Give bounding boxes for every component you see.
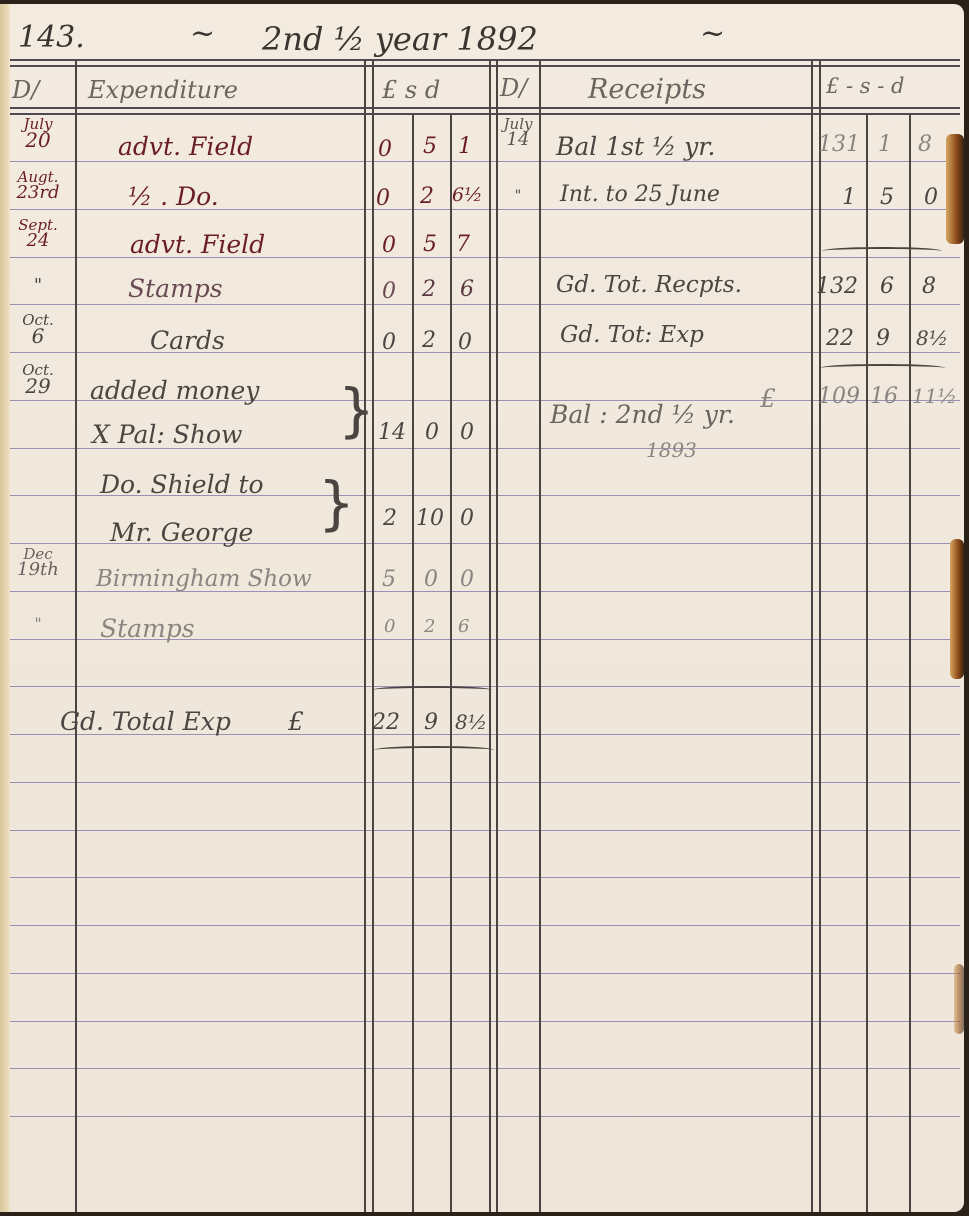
amount-pounds: 0 [382, 330, 396, 355]
ruled-line [10, 686, 960, 687]
amount-pence: 6 [460, 277, 474, 302]
header-top-rule-2 [10, 65, 960, 67]
receipt-shillings: 9 [876, 326, 890, 351]
date-day: " [8, 278, 68, 294]
header-top-rule [10, 59, 960, 61]
amount-pence: 0 [460, 567, 474, 592]
amount-pounds: 2 [383, 506, 397, 531]
expenditure-description: added money [90, 376, 259, 405]
amount-pence: 0 [458, 330, 472, 355]
amount-shillings: 0 [424, 567, 438, 592]
ledger-page: 143. ~ 2nd ½ year 1892 ~ D/ Expenditure … [0, 4, 964, 1212]
receipt-description: Int. to 25 June [560, 182, 720, 207]
expenditure-description-line2: Mr. George [110, 518, 253, 547]
amount-pence: 7 [456, 232, 470, 257]
balance-rule [820, 364, 945, 372]
receipt-description: Bal 1st ½ yr. [556, 132, 715, 161]
ruled-line [10, 830, 960, 831]
receipts-date-column-line [539, 60, 541, 1212]
total-pence: 8½ [455, 710, 487, 734]
entry-date: Dec 19th [8, 546, 68, 578]
receipt-pence: 8 [918, 132, 932, 157]
ledger-center-line-2 [496, 60, 498, 1212]
amount-shillings: 5 [423, 232, 437, 257]
receipt-pounds: 1 [842, 185, 856, 210]
expenditure-amount-left-line-2 [372, 60, 374, 1212]
brace-icon: } [318, 469, 355, 537]
receipt-pence: 0 [924, 185, 938, 210]
expenditure-description: Cards [150, 326, 225, 355]
page-heading: 2nd ½ year 1892 [262, 20, 538, 58]
rust-stain [950, 539, 964, 679]
ruled-line [10, 304, 960, 305]
expenditure-amount-left-line [364, 60, 366, 1212]
receipts-amount-left-line [811, 60, 813, 1212]
expenditure-description: advt. Field [118, 132, 253, 161]
header-bottom-rule [10, 107, 960, 109]
balance-currency: £ [760, 384, 776, 413]
ledger-center-line [489, 60, 491, 1212]
amount-pence: 6½ [452, 184, 483, 206]
receipt-pounds: 131 [818, 132, 860, 157]
date-day: 6 [8, 328, 68, 344]
receipts-pence-line [909, 114, 911, 1212]
amount-pounds: 5 [382, 567, 396, 592]
expenditure-description-line2: X Pal: Show [92, 420, 242, 449]
ruled-line [10, 1116, 960, 1117]
amount-pounds: 14 [378, 420, 406, 445]
expenditure-description: Stamps [128, 274, 223, 303]
expenditure-header: Expenditure [88, 76, 238, 104]
total-top-rule [372, 686, 492, 694]
entry-date: " [8, 278, 68, 294]
heading-flourish-right: ~ [700, 16, 725, 51]
date-day: 20 [8, 132, 68, 148]
page-number: 143. [18, 20, 85, 55]
receipts-shillings-line [866, 114, 868, 1212]
amount-pounds: 0 [382, 279, 396, 304]
date-day: 29 [8, 378, 68, 394]
ruled-line [10, 161, 960, 162]
receipt-shillings: 5 [880, 185, 894, 210]
date-day: 19th [8, 562, 68, 578]
receipts-date-header: D/ [500, 74, 527, 102]
expenditure-total-label: Gd. Total Exp [60, 707, 231, 736]
receipts-amount-left-line-2 [819, 60, 821, 1212]
ruled-line [10, 973, 960, 974]
receipt-pounds: 109 [818, 384, 860, 409]
amount-shillings: 2 [420, 184, 434, 209]
amount-shillings: 10 [416, 506, 444, 531]
receipt-description: Gd. Tot: Exp [560, 322, 704, 348]
entry-date: Oct. 6 [8, 312, 68, 344]
receipt-pounds: 132 [816, 274, 858, 299]
entry-date: " [8, 616, 68, 632]
heading-flourish-left: ~ [190, 16, 215, 51]
pence-column-line [450, 114, 452, 1212]
shillings-column-line [412, 114, 414, 1212]
amount-pounds: 0 [378, 137, 392, 162]
brace-icon: } [338, 376, 375, 444]
expenditure-date-column-line [75, 60, 77, 1212]
expenditure-description: advt. Field [130, 230, 265, 259]
entry-date: Oct. 29 [8, 362, 68, 394]
receipt-date: July 14 [488, 116, 548, 148]
amount-pence: 0 [460, 420, 474, 445]
total-pounds: 22 [372, 710, 400, 735]
receipt-pence: 11½ [912, 384, 957, 408]
receipt-pounds: 22 [826, 326, 854, 351]
receipt-description: Gd. Tot. Recpts. [556, 272, 742, 298]
date-day: 24 [8, 233, 68, 249]
entry-date: Sept. 24 [8, 217, 68, 249]
header-bottom-rule-2 [10, 113, 960, 115]
entry-date: Augt. 23rd [8, 169, 68, 201]
receipt-pence: 8½ [916, 326, 948, 350]
amount-pence: 0 [460, 506, 474, 531]
amount-shillings: 2 [422, 328, 436, 353]
total-bottom-rule [374, 746, 494, 754]
subtotal-rule [822, 247, 942, 255]
amount-pounds: 0 [382, 233, 396, 258]
receipts-header: Receipts [588, 74, 706, 105]
amount-pence: 1 [458, 134, 472, 159]
receipts-amount-header: £ - s - d [826, 74, 904, 98]
date-day: " [488, 188, 548, 204]
receipt-shillings: 6 [880, 274, 894, 299]
expenditure-description: ½ . Do. [128, 182, 219, 211]
expenditure-description: Stamps [100, 614, 195, 643]
receipt-shillings: 16 [870, 384, 898, 409]
entry-date: July 20 [8, 116, 68, 148]
rust-stain [946, 134, 964, 244]
expenditure-description: Do. Shield to [100, 470, 264, 499]
rust-stain [954, 964, 964, 1034]
amount-shillings: 2 [422, 277, 436, 302]
amount-shillings: 0 [425, 420, 439, 445]
amount-pounds: 0 [384, 616, 395, 637]
date-day: 23rd [8, 185, 68, 201]
receipt-description-line2: 1893 [646, 438, 697, 462]
amount-shillings: 5 [423, 134, 437, 159]
date-day: 14 [488, 132, 548, 148]
amount-pounds: 0 [376, 186, 390, 211]
ruled-line [10, 1068, 960, 1069]
date-day: " [8, 616, 68, 632]
expenditure-total-currency: £ [288, 707, 304, 736]
receipt-pence: 8 [922, 274, 936, 299]
ruled-line [10, 1021, 960, 1022]
receipt-date: " [488, 188, 548, 204]
expenditure-amount-header: £ s d [382, 76, 440, 104]
total-shillings: 9 [424, 710, 438, 735]
expenditure-description: Birmingham Show [96, 566, 312, 592]
ruled-line [10, 782, 960, 783]
amount-pence: 6 [458, 616, 469, 637]
receipt-description: Bal : 2nd ½ yr. [550, 400, 735, 429]
ruled-line [10, 925, 960, 926]
receipt-shillings: 1 [878, 132, 892, 157]
ruled-line [10, 877, 960, 878]
expenditure-date-header: D/ [12, 76, 39, 104]
amount-shillings: 2 [424, 616, 435, 637]
